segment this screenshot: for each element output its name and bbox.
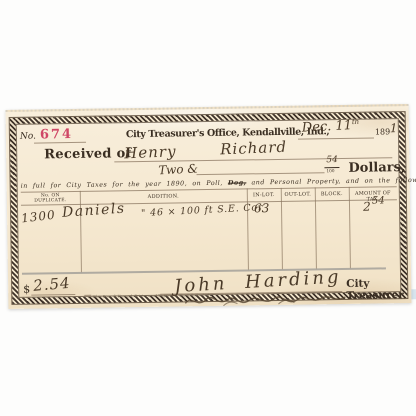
printed-year: 189: [375, 127, 390, 136]
row-in-lot-value: 63: [254, 201, 269, 215]
header-out-lot: OUT-LOT.: [281, 191, 315, 198]
header-block: BLOCK.: [315, 191, 349, 198]
handwritten-date: Dec. 11th: [301, 118, 359, 136]
overlapping-script-scribble: [183, 288, 353, 311]
header-duplicate-no-line2: DUPLICATE.: [21, 198, 80, 204]
received-of-label: Received of: [44, 146, 131, 162]
handwritten-total: 2.54: [32, 274, 71, 295]
signature-title: City Treasurer.: [346, 277, 411, 302]
fine-print-struck-word: Dog,: [228, 179, 247, 186]
date-ordinal: th: [352, 118, 360, 126]
scanned-receipt-background: No. 674 City Treasurer's Office, Kendall…: [0, 0, 416, 416]
row-amount-dollars: 2: [363, 200, 371, 214]
dollars-label: Dollars,: [348, 160, 405, 176]
handwritten-year-digit: 1: [390, 121, 398, 135]
row-amount-cents: 54: [372, 195, 385, 206]
cents-numerator: 54: [326, 155, 338, 165]
amount-in-words: Two &: [158, 161, 198, 177]
currency-symbol: $: [23, 283, 30, 296]
cents-denominator: 100: [326, 168, 334, 173]
receipt-number: 674: [40, 127, 73, 142]
date-day: Dec. 11: [301, 118, 352, 135]
receipt-number-label: No.: [20, 132, 36, 142]
header-in-lot: IN-LOT.: [247, 192, 281, 199]
receipt-paper: No. 674 City Treasurer's Office, Kendall…: [6, 104, 412, 309]
total-dash-mark: [84, 295, 91, 296]
